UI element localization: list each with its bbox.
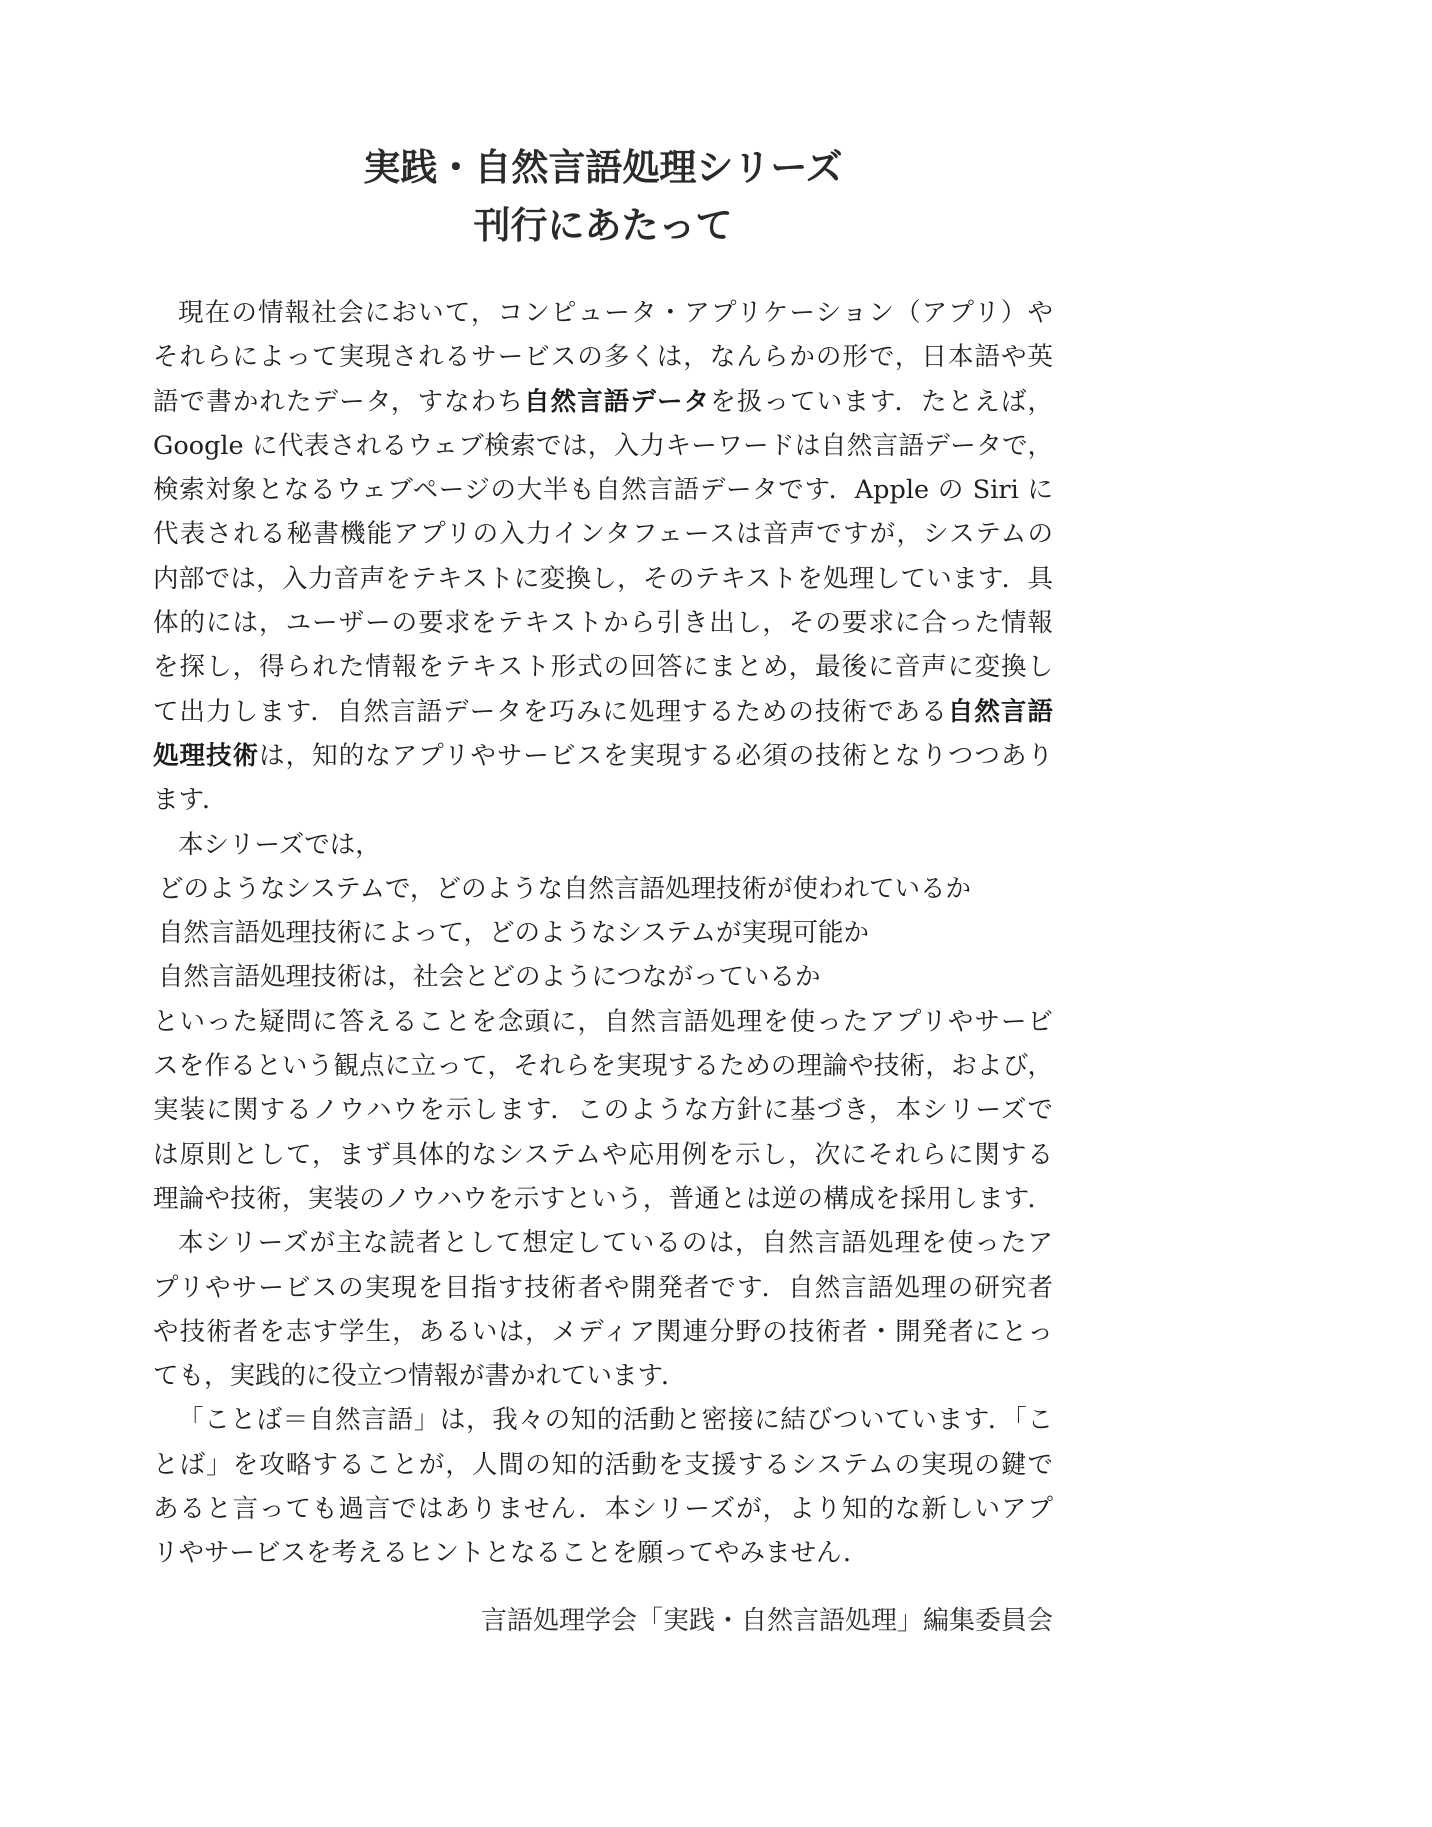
text-line: 本シリーズが主な読者として想定しているのは，自然言語処理を使ったア [153,1221,1053,1265]
text-line: スを作るという観点に立って，それらを実現するための理論や技術，および， [153,1044,1053,1088]
text-line: とば」を攻略することが，人間の知的活動を支援するシステムの実現の鍵で [153,1443,1053,1487]
text-line: 本シリーズでは， [153,823,1053,867]
text-line: ても，実践的に役立つ情報が書かれています． [153,1354,1053,1398]
text-segment: 「ことば＝自然言語」は，我々の知的活動と密接に結びついています．「こ [178,1405,1053,1435]
text-segment: 自然言語処理技術によって，どのようなシステムが実現可能か [158,918,869,948]
emphasis-text: 自然言語 [948,697,1053,727]
text-segment: リやサービスを考えるヒントとなることを願ってやみません． [153,1538,869,1568]
text-line: 語で書かれたデータ，すなわち自然言語データを扱っています．たとえば， [153,380,1053,424]
text-segment: を探し，得られた情報をテキスト形式の回答にまとめ，最後に音声に変換し [153,652,1053,682]
text-segment: 現在の情報社会において，コンピュータ・アプリケーション（アプリ）や [178,298,1053,328]
text-line: Google に代表されるウェブ検索では，入力キーワードは自然言語データで， [153,424,1053,468]
text-line: を探し，得られた情報をテキスト形式の回答にまとめ，最後に音声に変換し [153,645,1053,689]
text-line: や技術者を志す学生，あるいは，メディア関連分野の技術者・開発者にとっ [153,1310,1053,1354]
text-segment: や技術者を志す学生，あるいは，メディア関連分野の技術者・開発者にとっ [153,1317,1053,1347]
text-line: リやサービスを考えるヒントとなることを願ってやみません． [153,1531,1053,1575]
signature-line: 言語処理学会「実践・自然言語処理」編集委員会 [153,1599,1053,1643]
text-segment: 理論や技術，実装のノウハウを示すという，普通とは逆の構成を採用します． [153,1184,1053,1214]
text-segment: 本シリーズが主な読者として想定しているのは，自然言語処理を使ったア [178,1228,1053,1258]
text-segment: は，知的なアプリやサービスを実現する必須の技術となりつつあり [259,741,1053,771]
text-segment: 体的には，ユーザーの要求をテキストから引き出し，その要求に合った情報 [153,608,1053,638]
text-line: 処理技術は，知的なアプリやサービスを実現する必須の技術となりつつあり [153,734,1053,778]
text-segment: て出力します．自然言語データを巧みに処理するための技術である [153,697,948,727]
text-segment: Google に代表されるウェブ検索では，入力キーワードは自然言語データで， [153,431,1053,461]
text-segment: とば」を攻略することが，人間の知的活動を支援するシステムの実現の鍵で [153,1450,1053,1480]
text-segment: 代表される秘書機能アプリの入力インタフェースは音声ですが，システムの [153,519,1053,549]
text-line: 検索対象となるウェブページの大半も自然言語データです．Apple の Siri … [153,468,1053,512]
bullet-list-item: ●自然言語処理技術は，社会とどのようにつながっているか [153,955,1053,999]
text-segment: を扱っています．たとえば， [710,387,1053,417]
text-line: て出力します．自然言語データを巧みに処理するための技術である自然言語 [153,690,1053,734]
bullet-list-item: ●自然言語処理技術によって，どのようなシステムが実現可能か [153,911,1053,955]
text-segment: 語で書かれたデータ，すなわち [153,387,524,417]
text-segment: 本シリーズでは， [178,830,381,860]
text-line: ます． [153,778,1053,822]
text-segment: 自然言語処理技術は，社会とどのようにつながっているか [158,962,821,992]
document-page: 実践・自然言語処理シリーズ 刊行にあたって 現在の情報社会において，コンピュータ… [0,0,1432,1827]
content-column: 実践・自然言語処理シリーズ 刊行にあたって 現在の情報社会において，コンピュータ… [153,0,1053,1643]
text-line: 理論や技術，実装のノウハウを示すという，普通とは逆の構成を採用します． [153,1177,1053,1221]
text-segment: どのようなシステムで，どのような自然言語処理技術が使われているか [158,874,971,904]
text-segment: 検索対象となるウェブページの大半も自然言語データです．Apple の Siri … [153,475,1053,505]
text-line: あると言っても過言ではありません．本シリーズが，より知的な新しいアプ [153,1487,1053,1531]
text-line: それらによって実現されるサービスの多くは，なんらかの形で，日本語や英 [153,335,1053,379]
series-title: 実践・自然言語処理シリーズ [153,139,1053,197]
text-line: 体的には，ユーザーの要求をテキストから引き出し，その要求に合った情報 [153,601,1053,645]
title-block: 実践・自然言語処理シリーズ 刊行にあたって [153,139,1053,255]
bullet-list-item: ●どのようなシステムで，どのような自然言語処理技術が使われているか [153,867,1053,911]
text-segment: ます． [153,785,227,815]
text-segment: といった疑問に答えることを念頭に，自然言語処理を使ったアプリやサービ [153,1007,1053,1037]
text-segment: それらによって実現されるサービスの多くは，なんらかの形で，日本語や英 [153,342,1053,372]
text-line: 実装に関するノウハウを示します．このような方針に基づき，本シリーズで [153,1088,1053,1132]
text-segment: あると言っても過言ではありません．本シリーズが，より知的な新しいアプ [153,1494,1053,1524]
text-segment: プリやサービスの実現を目指す技術者や開発者です．自然言語処理の研究者 [153,1273,1053,1303]
text-line: 「ことば＝自然言語」は，我々の知的活動と密接に結びついています．「こ [153,1398,1053,1442]
text-segment: 実装に関するノウハウを示します．このような方針に基づき，本シリーズで [153,1095,1053,1125]
text-segment: ても，実践的に役立つ情報が書かれています． [153,1361,686,1391]
emphasis-text: 自然言語データ [524,387,710,417]
text-segment: 内部では，入力音声をテキストに変換し，そのテキストを処理しています．具 [153,564,1053,594]
text-line: 代表される秘書機能アプリの入力インタフェースは音声ですが，システムの [153,512,1053,556]
text-line: 内部では，入力音声をテキストに変換し，そのテキストを処理しています．具 [153,557,1053,601]
text-segment: は原則として，まず具体的なシステムや応用例を示し，次にそれらに関する [153,1140,1053,1170]
text-line: といった疑問に答えることを念頭に，自然言語処理を使ったアプリやサービ [153,1000,1053,1044]
page-title: 刊行にあたって [153,197,1053,255]
text-line: は原則として，まず具体的なシステムや応用例を示し，次にそれらに関する [153,1133,1053,1177]
text-segment: スを作るという観点に立って，それらを実現するための理論や技術，および， [153,1051,1053,1081]
text-line: 現在の情報社会において，コンピュータ・アプリケーション（アプリ）や [153,291,1053,335]
body-text: 現在の情報社会において，コンピュータ・アプリケーション（アプリ）やそれらによって… [153,291,1053,1576]
text-line: プリやサービスの実現を目指す技術者や開発者です．自然言語処理の研究者 [153,1266,1053,1310]
emphasis-text: 処理技術 [153,741,259,771]
